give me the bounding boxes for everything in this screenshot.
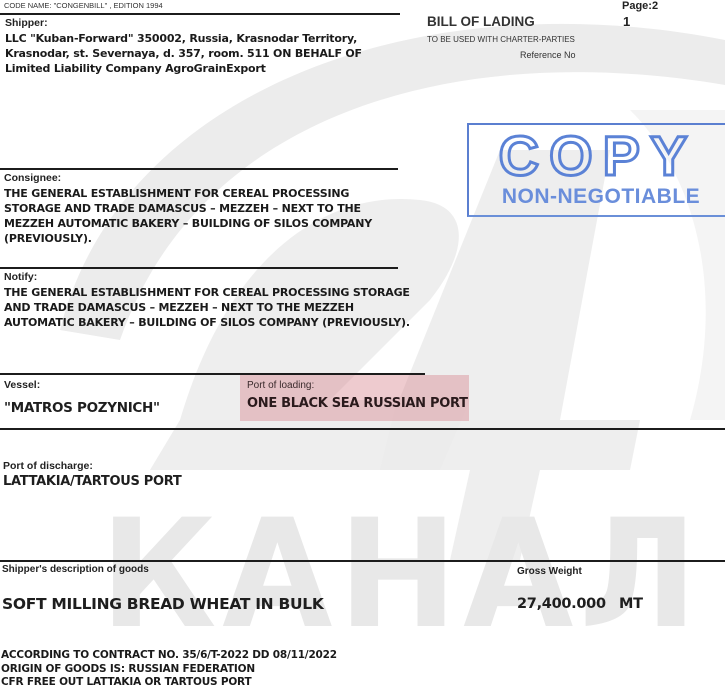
goods-label: Shipper's description of goods — [2, 564, 149, 575]
consignee-line: THE GENERAL ESTABLISHMENT FOR CEREAL PRO… — [4, 186, 372, 201]
note-line: CFR FREE OUT LATTAKIA OR TARTOUS PORT — [1, 676, 337, 689]
port-of-discharge-label: Port of discharge: — [3, 460, 93, 472]
gross-weight-unit: MT — [619, 596, 643, 612]
goods-rule — [0, 560, 725, 562]
vessel-name: "MATROS POZYNICH" — [4, 400, 160, 416]
shipper-line: Limited Liability Company AgroGrainExpor… — [5, 61, 362, 76]
channel-24-watermark-logo — [0, 0, 725, 689]
shipper-line: LLC "Kuban-Forward" 350002, Russia, Kras… — [5, 31, 362, 46]
vessel-rule — [0, 373, 425, 375]
gross-weight-value: 27,400.000 — [517, 596, 606, 612]
notify-label: Notify: — [4, 271, 37, 283]
kanal-watermark-text: КАНАЛ — [100, 500, 703, 650]
code-name: CODE NAME: "CONGENBILL" , EDITION 1994 — [4, 1, 163, 10]
contract-notes: ACCORDING TO CONTRACT NO. 35/6/T-2022 DD… — [1, 649, 337, 689]
consignee-rule — [0, 168, 398, 170]
vessel-label: Vessel: — [4, 379, 40, 391]
consignee-line: STORAGE AND TRADE DAMASCUS – MEZZEH – NE… — [4, 201, 372, 216]
reference-no-label: Reference No — [520, 50, 576, 60]
goods-description: SOFT MILLING BREAD WHEAT IN BULK — [2, 595, 324, 613]
document-title: BILL OF LADING — [427, 14, 535, 29]
notify-line: THE GENERAL ESTABLISHMENT FOR CEREAL PRO… — [4, 285, 410, 300]
notify-line: AUTOMATIC BAKERY – BUILDING OF SILOS COM… — [4, 315, 410, 330]
consignee-line: MEZZEH AUTOMATIC BAKERY – BUILDING OF SI… — [4, 216, 372, 231]
shipper-label: Shipper: — [5, 17, 48, 29]
shipper-address: LLC "Kuban-Forward" 350002, Russia, Kras… — [5, 31, 362, 76]
shipper-line: Krasnodar, st. Severnaya, d. 357, room. … — [5, 46, 362, 61]
gross-weight-label: Gross Weight — [517, 566, 582, 577]
notify-rule — [0, 267, 398, 269]
page-label: Page:2 — [622, 0, 658, 12]
notify-line: AND TRADE DAMASCUS – MEZZEH – NEXT TO TH… — [4, 300, 410, 315]
port-of-loading-value: ONE BLACK SEA RUSSIAN PORT — [247, 396, 468, 411]
port-of-discharge-value: LATTAKIA/TARTOUS PORT — [3, 474, 181, 489]
stamp-non-negotiable-text: NON-NEGOTIABLE — [475, 185, 725, 209]
consignee-label: Consignee: — [4, 172, 61, 184]
note-line: ORIGIN OF GOODS IS: RUSSIAN FEDERATION — [1, 663, 337, 677]
notify-address: THE GENERAL ESTABLISHMENT FOR CEREAL PRO… — [4, 285, 410, 330]
copy-non-negotiable-stamp: COPY NON-NEGOTIABLE — [467, 123, 725, 217]
top-rule — [0, 13, 400, 15]
consignee-address: THE GENERAL ESTABLISHMENT FOR CEREAL PRO… — [4, 186, 372, 246]
discharge-rule — [0, 428, 725, 430]
stamp-copy-text: COPY — [469, 127, 725, 185]
page-number: 1 — [623, 14, 630, 29]
document-subtitle: TO BE USED WITH CHARTER-PARTIES — [427, 35, 575, 44]
consignee-line: (PREVIOUSLY). — [4, 231, 372, 246]
port-of-loading-label: Port of loading: — [247, 380, 314, 391]
note-line: ACCORDING TO CONTRACT NO. 35/6/T-2022 DD… — [1, 649, 337, 663]
